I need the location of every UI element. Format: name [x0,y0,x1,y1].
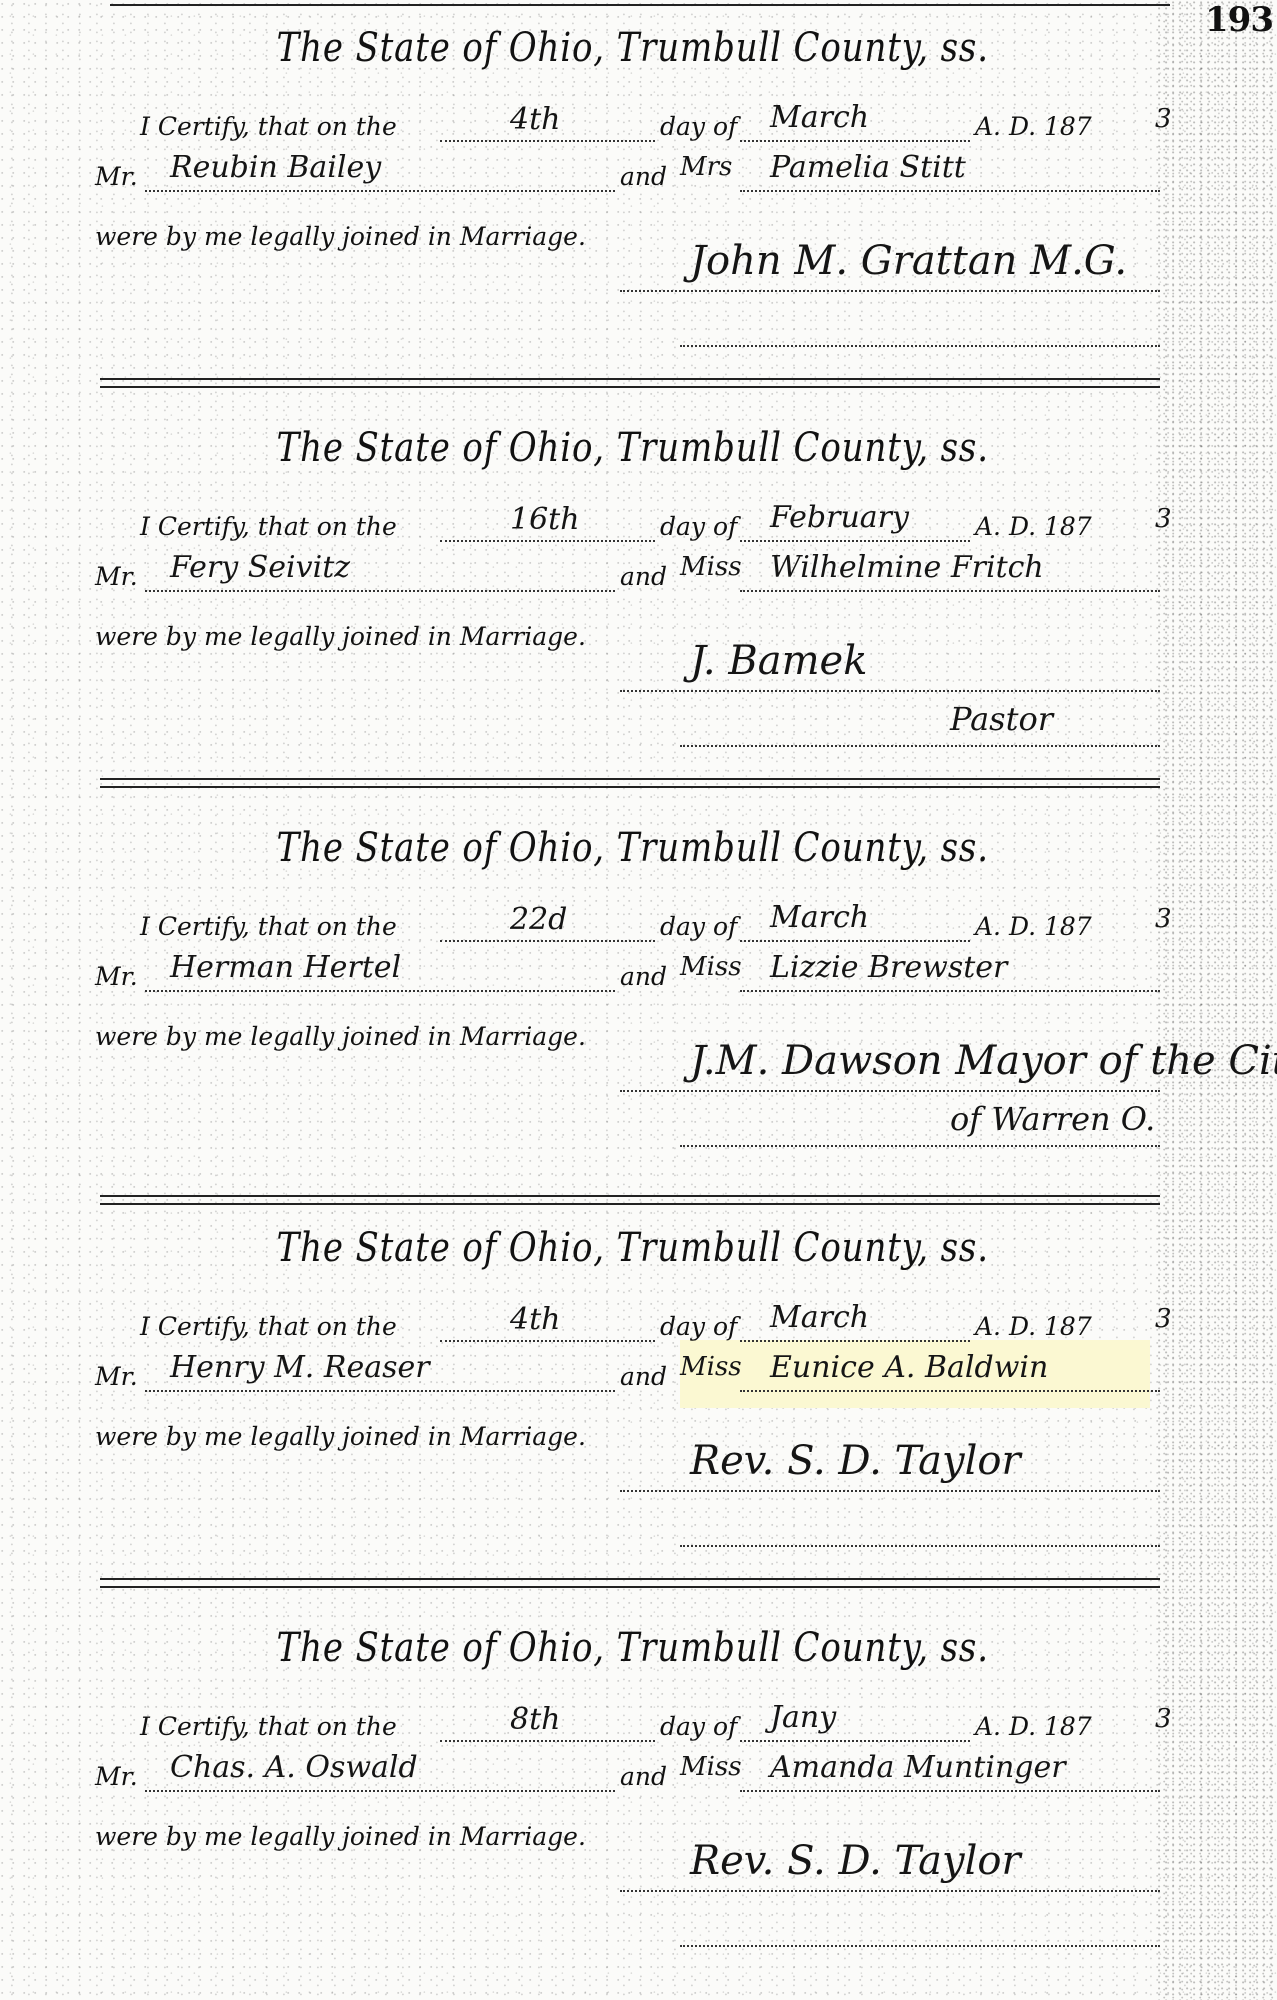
day-of-label: day of [660,1312,737,1341]
day-of-label: day of [660,512,737,541]
certify-label: I Certify, that on the [140,1312,397,1341]
month-field-line [740,1740,970,1742]
certify-label: I Certify, that on the [140,512,397,541]
groom-name: Henry M. Reaser [170,1350,430,1385]
officiant-signature-line [620,1890,1160,1892]
joined-label: were by me legally joined in Marriage. [95,622,586,651]
officiant-signature-line [620,1490,1160,1492]
officiant-signature-line [620,690,1160,692]
scan-noise [0,0,1277,2000]
certificate-heading: The State of Ohio, Trumbull County, ss. [90,825,1175,871]
month-value: Jany [770,1700,836,1735]
day-of-label: day of [660,1712,737,1741]
mr-label: Mr. [95,1362,138,1391]
bride-name: Wilhelmine Fritch [770,550,1044,585]
certify-label: I Certify, that on the [140,1712,397,1741]
day-field-line [440,940,655,942]
day-of-label: day of [660,112,737,141]
joined-label: were by me legally joined in Marriage. [95,1022,586,1051]
groom-field-line [145,990,615,992]
joined-label: were by me legally joined in Marriage. [95,1422,586,1451]
officiant-signature: J. Bamek [690,638,867,684]
section-divider [100,378,1160,388]
month-field-line [740,940,970,942]
officiant-title-line [680,345,1160,347]
section-divider [100,1578,1160,1588]
year-label: A. D. 187 [975,1712,1092,1741]
bride-field-line [740,1790,1160,1792]
groom-name: Herman Hertel [170,950,401,985]
bride-title: Miss [680,952,742,982]
certificate-heading: The State of Ohio, Trumbull County, ss. [90,1625,1175,1671]
certificate-heading: The State of Ohio, Trumbull County, ss. [90,25,1175,71]
bride-field-line [740,190,1160,192]
year-digit: 3 [1155,904,1172,934]
day-field-line [440,140,655,142]
officiant-signature: Rev. S. D. Taylor [690,1438,1021,1484]
mr-label: Mr. [95,1762,138,1791]
officiant-signature-line [620,1090,1160,1092]
bride-name: Lizzie Brewster [770,950,1007,985]
officiant-title-line [680,1545,1160,1547]
groom-field-line [145,1390,615,1392]
groom-name: Reubin Bailey [170,150,381,185]
officiant-title-line [680,1945,1160,1947]
scan-edge-noise [1157,0,1277,2000]
certify-label: I Certify, that on the [140,112,397,141]
day-value: 8th [510,1702,560,1737]
day-field-line [440,1740,655,1742]
top-rule [110,4,1170,6]
joined-label: were by me legally joined in Marriage. [95,222,586,251]
year-digit: 3 [1155,504,1172,534]
page-number: 193 [1205,0,1273,40]
month-value: March [770,1300,869,1335]
month-value: March [770,900,869,935]
month-field-line [740,540,970,542]
certify-label: I Certify, that on the [140,912,397,941]
officiant-title: of Warren O. [950,1100,1155,1138]
day-of-label: day of [660,912,737,941]
officiant-signature-line [620,290,1160,292]
officiant-signature: J.M. Dawson Mayor of the City [690,1038,1277,1084]
bride-name: Amanda Muntinger [770,1750,1066,1785]
year-label: A. D. 187 [975,112,1092,141]
mr-label: Mr. [95,962,138,991]
officiant-title: Pastor [950,700,1053,738]
year-digit: 3 [1155,104,1172,134]
day-value: 16th [510,502,580,537]
groom-name: Chas. A. Oswald [170,1750,418,1785]
year-digit: 3 [1155,1304,1172,1334]
bride-field-line [740,1390,1160,1392]
joined-label: were by me legally joined in Marriage. [95,1822,586,1851]
month-value: March [770,100,869,135]
bride-field-line [740,590,1160,592]
mr-label: Mr. [95,162,138,191]
day-field-line [440,540,655,542]
and-label: and [620,962,667,991]
and-label: and [620,1362,667,1391]
officiant-signature: John M. Grattan M.G. [690,238,1127,284]
year-label: A. D. 187 [975,1312,1092,1341]
day-field-line [440,1340,655,1342]
certificate-heading: The State of Ohio, Trumbull County, ss. [90,1225,1175,1271]
mr-label: Mr. [95,562,138,591]
and-label: and [620,162,667,191]
month-value: February [770,500,909,535]
and-label: and [620,562,667,591]
officiant-title-line [680,745,1160,747]
day-value: 4th [510,102,560,137]
bride-field-line [740,990,1160,992]
month-field-line [740,140,970,142]
groom-field-line [145,1790,615,1792]
year-digit: 3 [1155,1704,1172,1734]
groom-field-line [145,590,615,592]
day-value: 4th [510,1302,560,1337]
and-label: and [620,1762,667,1791]
bride-title: Miss [680,1752,742,1782]
bride-name: Pamelia Stitt [770,150,966,185]
officiant-signature: Rev. S. D. Taylor [690,1838,1021,1884]
certificate-heading: The State of Ohio, Trumbull County, ss. [90,425,1175,471]
day-value: 22d [510,902,567,937]
bride-title: Mrs [680,152,732,182]
officiant-title-line [680,1145,1160,1147]
section-divider [100,1195,1160,1205]
bride-title: Miss [680,1352,742,1382]
bride-name: Eunice A. Baldwin [770,1350,1048,1385]
groom-name: Fery Seivitz [170,550,350,585]
section-divider [100,778,1160,788]
groom-field-line [145,190,615,192]
month-field-line [740,1340,970,1342]
year-label: A. D. 187 [975,912,1092,941]
bride-title: Miss [680,552,742,582]
year-label: A. D. 187 [975,512,1092,541]
